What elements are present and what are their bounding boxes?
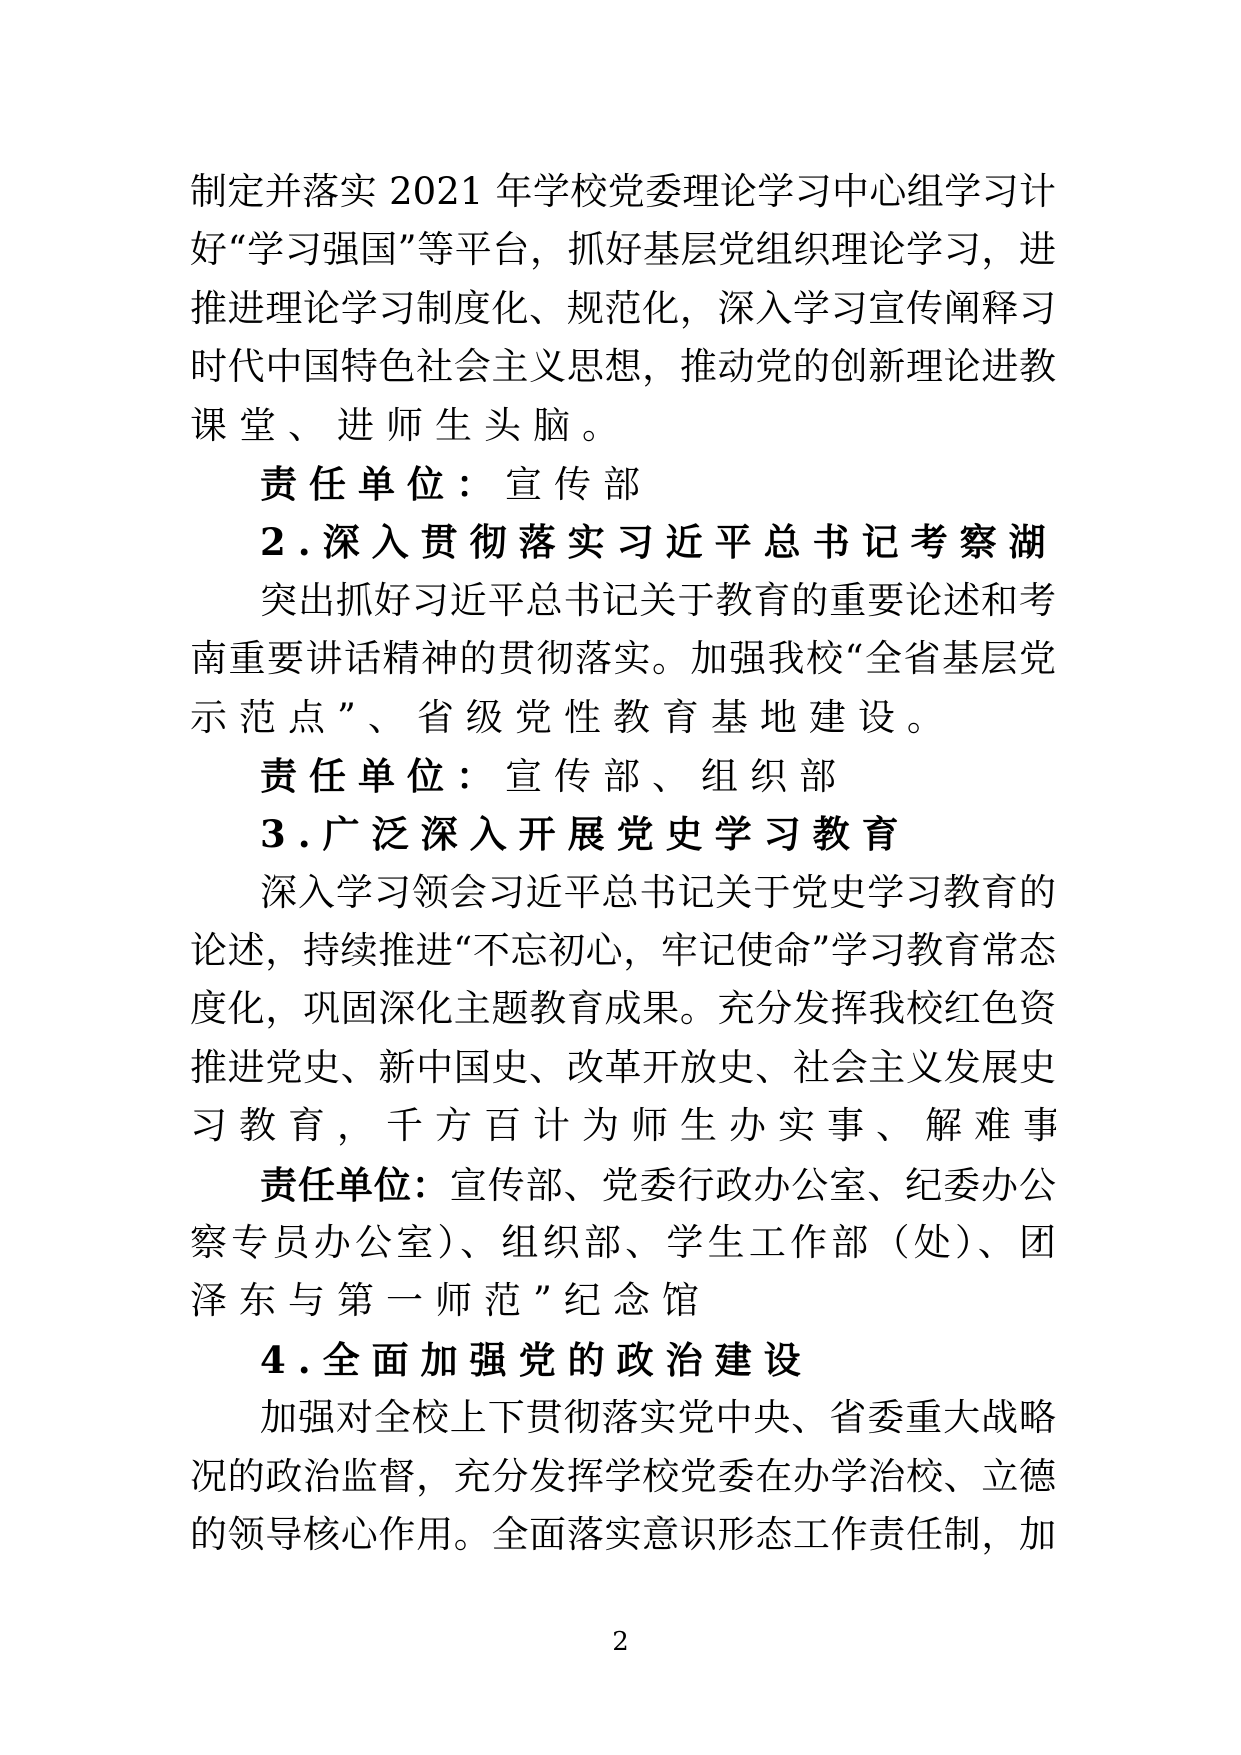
page-number: 2 xyxy=(0,1622,1241,1662)
text-segment: 况的政治监督，充分发挥学校党委在办学治校、立德树人中 xyxy=(190,1455,1056,1506)
text-segment: 宣传部 xyxy=(505,463,652,506)
section-heading: 2.深入贯彻落实习近平总书记考察湖南重要讲话精神 xyxy=(190,513,1056,571)
text-line: 示范点”、省级党性教育基地建设。 xyxy=(190,689,1056,747)
text-segment: 论述，持续推进“不忘初心，牢记使命”学习教育常态化制 xyxy=(190,929,1056,980)
text-segment: 察专员办公室）、组织部、学生工作部（处）、团委、“毛 xyxy=(190,1221,1056,1272)
document-body: 制定并落实 2021 年学校党委理论学习中心组学习计划，用好“学习强国”等平台，… xyxy=(190,163,1056,1564)
responsible-unit-label: 责任单位： xyxy=(260,754,505,798)
text-segment: 示范点”、省级党性教育基地建设。 xyxy=(190,696,956,739)
text-line: 况的政治监督，充分发挥学校党委在办学治校、立德树人中 xyxy=(190,1448,1056,1506)
responsible-unit-label: 责任单位： xyxy=(260,462,505,506)
text-line: 好“学习强国”等平台，抓好基层党组织理论学习，进一步 xyxy=(190,221,1056,279)
text-segment: 突出抓好习近平总书记关于教育的重要论述和考察湖 xyxy=(260,579,1056,630)
text-segment: 好“学习强国”等平台，抓好基层党组织理论学习，进一步 xyxy=(190,228,1056,279)
text-line: 课堂、进师生头脑。 xyxy=(190,397,1056,455)
text-line: 制定并落实 2021 年学校党委理论学习中心组学习计划，用 xyxy=(190,163,1056,221)
text-line: 度化，巩固深化主题教育成果。充分发挥我校红色资源优势， xyxy=(190,980,1056,1038)
section-heading: 3.广泛深入开展党史学习教育 xyxy=(190,805,1056,863)
text-line: 突出抓好习近平总书记关于教育的重要论述和考察湖 xyxy=(190,572,1056,630)
responsible-unit-label: 责任单位： xyxy=(260,1163,450,1207)
text-line: 责任单位：宣传部、组织部 xyxy=(190,747,1056,805)
text-line: 南重要讲话精神的贯彻落实。加强我校“全省基层党建工作 xyxy=(190,630,1056,688)
text-segment: 课堂、进师生头脑。 xyxy=(190,404,631,447)
text-segment: 泽东与第一师范”纪念馆 xyxy=(190,1279,711,1322)
text-line: 加强对全校上下贯彻落实党中央、省委重大战略部署情 xyxy=(190,1389,1056,1447)
text-line: 责任单位：宣传部 xyxy=(190,455,1056,513)
heading-text: 4.全面加强党的政治建设 xyxy=(260,1338,813,1382)
text-segment: 时代中国特色社会主义思想，推动党的创新理论进教材、进 xyxy=(190,345,1056,396)
text-segment: 的领导核心作用。全面落实意识形态工作责任制，加强意识 xyxy=(190,1513,1056,1564)
text-segment: 南重要讲话精神的贯彻落实。加强我校“全省基层党建工作 xyxy=(190,637,1056,688)
text-line: 的领导核心作用。全面落实意识形态工作责任制，加强意识 xyxy=(190,1506,1056,1564)
text-line: 习教育，千方百计为师生办实事、解难事。 xyxy=(190,1097,1056,1155)
text-line: 论述，持续推进“不忘初心，牢记使命”学习教育常态化制 xyxy=(190,922,1056,980)
text-line: 察专员办公室）、组织部、学生工作部（处）、团委、“毛 xyxy=(190,1214,1056,1272)
text-line: 推进理论学习制度化、规范化，深入学习宣传阐释习近平新 xyxy=(190,280,1056,338)
text-segment: 宣传部、组织部 xyxy=(505,755,848,798)
text-line: 时代中国特色社会主义思想，推动党的创新理论进教材、进 xyxy=(190,338,1056,396)
text-line: 深入学习领会习近平总书记关于党史学习教育的重要 xyxy=(190,864,1056,922)
text-line: 推进党史、新中国史、改革开放史、社会主义发展史专题学 xyxy=(190,1039,1056,1097)
text-segment: 加强对全校上下贯彻落实党中央、省委重大战略部署情 xyxy=(260,1396,1056,1447)
text-line: 泽东与第一师范”纪念馆 xyxy=(190,1272,1056,1330)
text-line: 责任单位：宣传部、党委行政办公室、纪委办公室（监 xyxy=(190,1156,1056,1214)
text-segment: 推进理论学习制度化、规范化，深入学习宣传阐释习近平新 xyxy=(190,287,1056,338)
heading-text: 2.深入贯彻落实习近平总书记考察湖南重要讲话精神 xyxy=(260,520,1056,564)
document-page: 制定并落实 2021 年学校党委理论学习中心组学习计划，用好“学习强国”等平台，… xyxy=(0,0,1241,1755)
text-segment: 深入学习领会习近平总书记关于党史学习教育的重要 xyxy=(260,871,1056,922)
section-heading: 4.全面加强党的政治建设 xyxy=(190,1331,1056,1389)
text-segment: 习教育，千方百计为师生办实事、解难事。 xyxy=(190,1104,1056,1147)
heading-text: 3.广泛深入开展党史学习教育 xyxy=(260,812,911,856)
text-segment: 推进党史、新中国史、改革开放史、社会主义发展史专题学 xyxy=(190,1046,1056,1097)
text-segment: 度化，巩固深化主题教育成果。充分发挥我校红色资源优势， xyxy=(190,987,1056,1038)
text-segment: 制定并落实 2021 年学校党委理论学习中心组学习计划，用 xyxy=(190,170,1056,221)
